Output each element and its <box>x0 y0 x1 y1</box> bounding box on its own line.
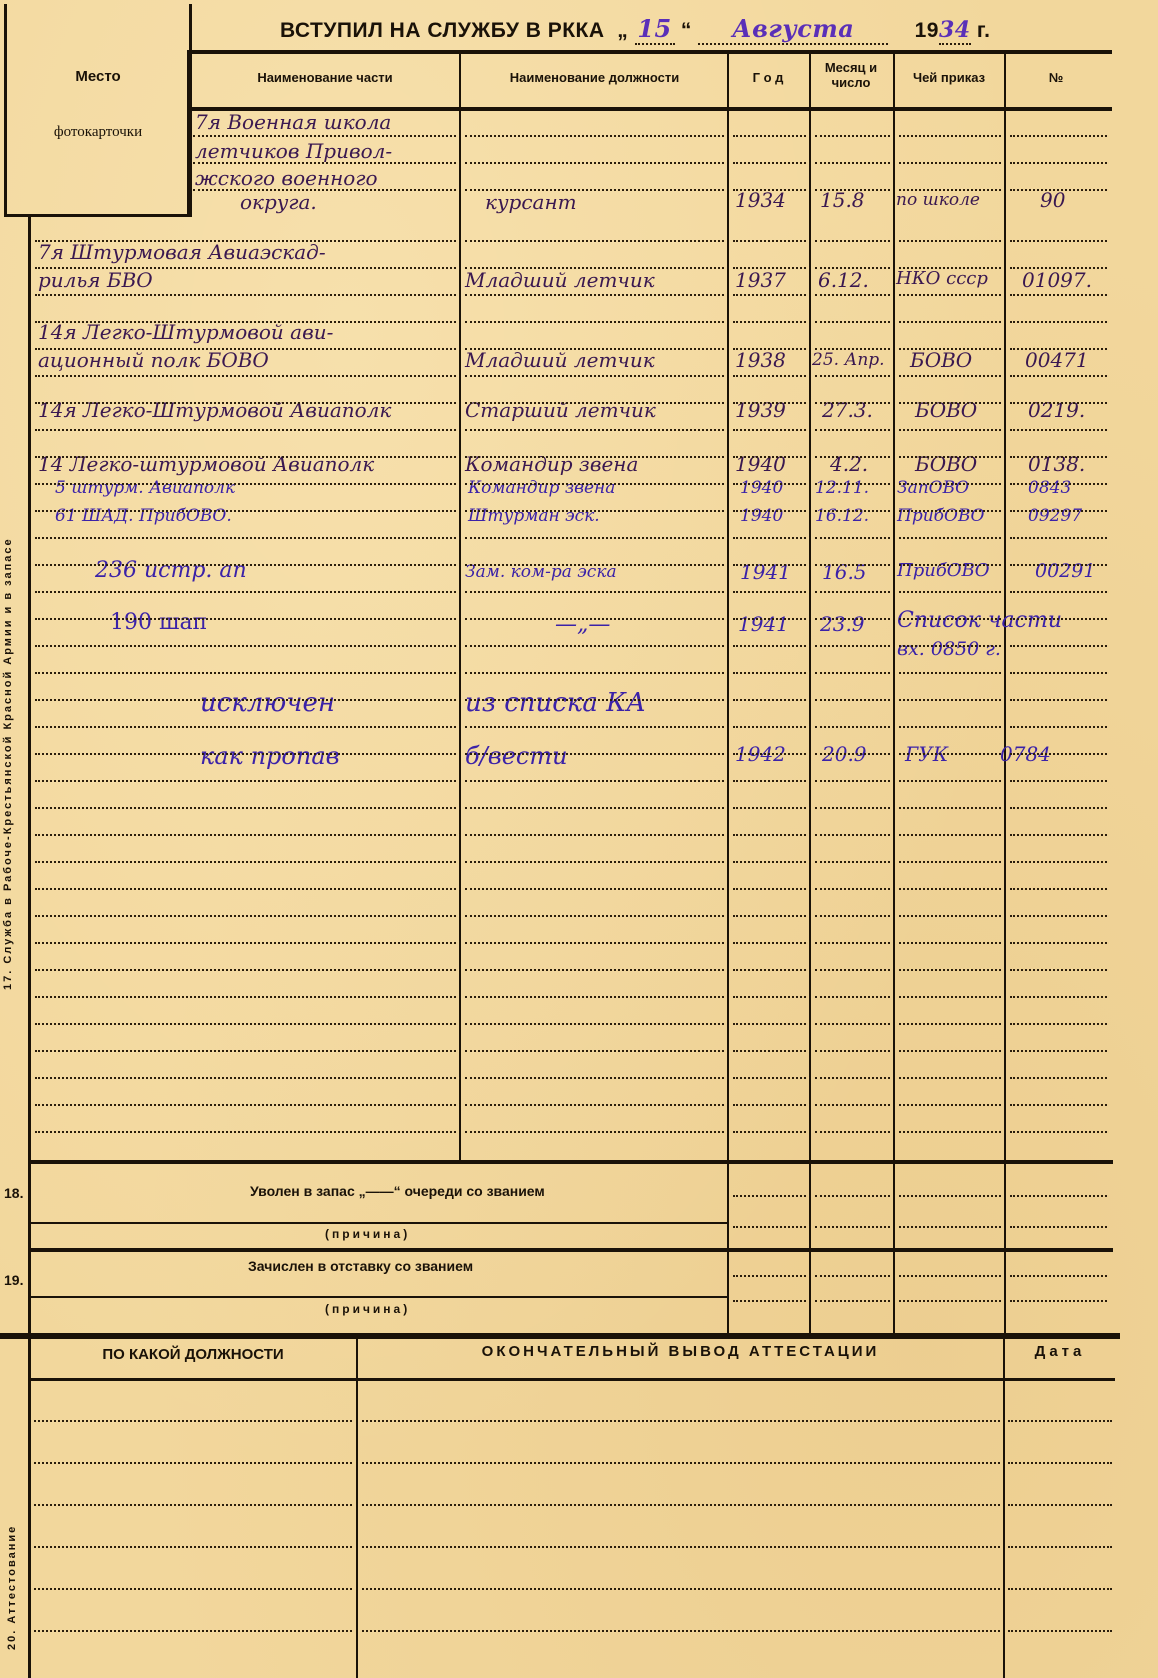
ruled-line <box>899 456 1001 458</box>
divider <box>28 1339 31 1678</box>
ruled-line <box>1010 1050 1107 1052</box>
ruled-line <box>733 564 806 566</box>
ruled-line <box>815 591 890 593</box>
ruled-line <box>899 429 1001 431</box>
divider <box>30 1222 727 1224</box>
ruled-line <box>899 780 1001 782</box>
ruled-line <box>1010 888 1107 890</box>
ruled-line <box>899 915 1001 917</box>
entry-unit: 5 штурм. Авиаполк <box>55 478 235 498</box>
entry-position: Командир звена <box>468 478 615 498</box>
ruled-line <box>899 1226 1001 1228</box>
ruled-line <box>465 996 724 998</box>
ruled-line <box>465 834 724 836</box>
ruled-line <box>733 1077 806 1079</box>
entry-date: 15.8 <box>820 188 865 212</box>
ruled-line <box>34 1504 352 1506</box>
ruled-line <box>733 942 806 944</box>
section-20-label: 20. Аттестование <box>6 1525 18 1650</box>
ruled-line <box>733 1104 806 1106</box>
ruled-line <box>899 1195 1001 1197</box>
ruled-line <box>815 861 890 863</box>
ruled-line <box>733 189 806 191</box>
col-header-attest-conclusion: ОКОНЧАТЕЛЬНЫЙ ВЫВОД АТТЕСТАЦИИ <box>358 1343 1003 1360</box>
ruled-line <box>899 1077 1001 1079</box>
ruled-line <box>1010 699 1107 701</box>
ruled-line <box>733 888 806 890</box>
ruled-line <box>815 1023 890 1025</box>
ruled-line <box>733 1131 806 1133</box>
ruled-line <box>815 402 890 404</box>
ruled-line <box>193 189 456 191</box>
ruled-line <box>465 915 724 917</box>
ruled-line <box>733 996 806 998</box>
ruled-line <box>899 996 1001 998</box>
entry-unit: 14я Легко-Штурмовой ави- <box>38 320 333 344</box>
ruled-line <box>815 189 890 191</box>
ruled-line <box>35 429 456 431</box>
col-header-attest-date: Дата <box>1005 1343 1115 1360</box>
ruled-line <box>1010 1077 1107 1079</box>
ruled-line <box>35 267 456 269</box>
ruled-line <box>815 672 890 674</box>
ruled-line <box>35 456 456 458</box>
ruled-line <box>899 1300 1001 1302</box>
ruled-line <box>899 1023 1001 1025</box>
ruled-line <box>35 1131 456 1133</box>
ruled-line <box>733 375 806 377</box>
ruled-line <box>465 483 724 485</box>
entry-order: БОВО <box>910 348 972 372</box>
divider <box>30 1378 1115 1381</box>
ruled-line <box>899 618 1001 620</box>
ruled-line <box>1010 1300 1107 1302</box>
ruled-line <box>465 1023 724 1025</box>
ruled-line <box>35 294 456 296</box>
col-header-year: Г о д <box>728 70 808 85</box>
ruled-line <box>815 996 890 998</box>
ruled-line <box>815 294 890 296</box>
ruled-line <box>733 969 806 971</box>
ruled-line <box>465 780 724 782</box>
ruled-line <box>899 375 1001 377</box>
ruled-line <box>465 645 724 647</box>
enlist-year-suffix: 34 <box>939 17 971 45</box>
ruled-line <box>1010 915 1107 917</box>
entry-order: ЗапОВО <box>897 478 969 498</box>
ruled-line <box>899 1050 1001 1052</box>
entry-note: б/вести <box>465 742 568 770</box>
ruled-line <box>733 780 806 782</box>
ruled-line <box>733 861 806 863</box>
ruled-line <box>1008 1546 1112 1548</box>
ruled-line <box>899 726 1001 728</box>
ruled-line <box>1010 618 1107 620</box>
ruled-line <box>465 456 724 458</box>
ruled-line <box>465 1050 724 1052</box>
ruled-line <box>35 240 456 242</box>
ruled-line <box>899 861 1001 863</box>
ruled-line <box>815 375 890 377</box>
entry-unit: жского военного <box>195 166 377 190</box>
divider <box>0 1333 1120 1339</box>
divider <box>893 50 895 1335</box>
ruled-line <box>35 537 456 539</box>
ruled-line <box>1008 1462 1112 1464</box>
ruled-line <box>465 591 724 593</box>
ruled-line <box>815 915 890 917</box>
divider <box>30 1296 727 1298</box>
ruled-line <box>35 996 456 998</box>
ruled-line <box>1010 1275 1107 1277</box>
ruled-line <box>815 135 890 137</box>
ruled-line <box>465 375 724 377</box>
ruled-line <box>1010 294 1107 296</box>
ruled-line <box>362 1504 1000 1506</box>
service-record-page: ВСТУПИЛ НА СЛУЖБУ В РККА „ 15 “ Августа … <box>0 0 1158 1678</box>
entry-number: 09297 <box>1028 506 1082 526</box>
ruled-line <box>1010 510 1107 512</box>
title-text: ВСТУПИЛ НА СЛУЖБУ В РККА <box>280 19 605 42</box>
ruled-line <box>815 753 890 755</box>
page-title: ВСТУПИЛ НА СЛУЖБУ В РККА „ 15 “ Августа … <box>280 14 990 45</box>
ruled-line <box>1010 942 1107 944</box>
enlist-month: Августа <box>698 14 888 45</box>
entry-number: 90 <box>1040 188 1065 212</box>
ruled-line <box>35 969 456 971</box>
ruled-line <box>1008 1504 1112 1506</box>
ruled-line <box>815 1275 890 1277</box>
ruled-line <box>733 645 806 647</box>
ruled-line <box>899 537 1001 539</box>
ruled-line <box>733 1300 806 1302</box>
divider <box>187 50 1112 54</box>
photo-label-top: Место <box>7 68 189 85</box>
ruled-line <box>34 1546 352 1548</box>
year-unit: г. <box>977 19 990 42</box>
entry-unit: 7я Военная школа <box>195 110 391 134</box>
ruled-line <box>1010 456 1107 458</box>
ruled-line <box>899 321 1001 323</box>
ruled-line <box>35 1050 456 1052</box>
ruled-line <box>899 483 1001 485</box>
ruled-line <box>1010 672 1107 674</box>
ruled-line <box>1010 996 1107 998</box>
entry-unit: 190 шап <box>110 610 207 635</box>
entry-order: по школе <box>896 190 980 210</box>
ruled-line <box>1010 375 1107 377</box>
ruled-line <box>362 1462 1000 1464</box>
ruled-line <box>899 1275 1001 1277</box>
entry-date: 6.12. <box>818 268 869 292</box>
ruled-line <box>899 348 1001 350</box>
ruled-line <box>815 834 890 836</box>
ruled-line <box>465 969 724 971</box>
divider <box>187 50 189 214</box>
ruled-line <box>899 888 1001 890</box>
ruled-line <box>1010 1104 1107 1106</box>
ruled-line <box>465 321 724 323</box>
ruled-line <box>362 1546 1000 1548</box>
ruled-line <box>465 888 724 890</box>
ruled-line <box>899 834 1001 836</box>
enlist-day: 15 <box>635 14 675 45</box>
ruled-line <box>1010 429 1107 431</box>
ruled-line <box>1010 321 1107 323</box>
ruled-line <box>899 807 1001 809</box>
section-19-number: 19. <box>4 1272 23 1288</box>
ruled-line <box>733 1275 806 1277</box>
ruled-line <box>1010 1226 1107 1228</box>
ruled-line <box>465 240 724 242</box>
ruled-line <box>815 348 890 350</box>
ruled-line <box>1010 807 1107 809</box>
entry-date: 25. Апр. <box>812 350 885 370</box>
entry-date: 23.9 <box>820 612 865 636</box>
ruled-line <box>35 888 456 890</box>
ruled-line <box>1010 861 1107 863</box>
section-19-text: Зачислен в отставку со званием <box>248 1258 473 1274</box>
entry-year: 1937 <box>735 268 786 292</box>
ruled-line <box>362 1630 1000 1632</box>
ruled-line <box>35 942 456 944</box>
ruled-line <box>733 483 806 485</box>
ruled-line <box>1010 1131 1107 1133</box>
ruled-line <box>733 162 806 164</box>
entry-date: 16.12. <box>815 506 869 526</box>
ruled-line <box>35 510 456 512</box>
ruled-line <box>899 942 1001 944</box>
ruled-line <box>1010 402 1107 404</box>
ruled-line <box>193 162 456 164</box>
ruled-line <box>465 1077 724 1079</box>
ruled-line <box>733 672 806 674</box>
ruled-line <box>815 888 890 890</box>
section-18-caption: (причина) <box>325 1227 410 1241</box>
ruled-line <box>35 564 456 566</box>
ruled-line <box>733 348 806 350</box>
col-header-date: Месяц и число <box>810 60 892 90</box>
entry-date: 12.11. <box>815 478 869 498</box>
ruled-line <box>465 672 724 674</box>
entry-number: 01097. <box>1022 268 1092 292</box>
ruled-line <box>815 1050 890 1052</box>
ruled-line <box>899 1104 1001 1106</box>
entry-unit: рилья БВО <box>38 268 153 292</box>
ruled-line <box>815 1195 890 1197</box>
ruled-line <box>899 591 1001 593</box>
ruled-line <box>733 1023 806 1025</box>
ruled-line <box>35 915 456 917</box>
ruled-line <box>35 807 456 809</box>
ruled-line <box>733 1226 806 1228</box>
divider <box>1004 50 1006 1335</box>
ruled-line <box>465 135 724 137</box>
ruled-line <box>1010 483 1107 485</box>
entry-unit: 236 истр. ап <box>95 558 247 583</box>
ruled-line <box>35 1023 456 1025</box>
ruled-line <box>899 564 1001 566</box>
ruled-line <box>1010 753 1107 755</box>
entry-unit: 61 ШАД. ПрибОВО. <box>55 506 232 526</box>
ruled-line <box>899 267 1001 269</box>
ruled-line <box>815 645 890 647</box>
ruled-line <box>815 726 890 728</box>
ruled-line <box>899 672 1001 674</box>
ruled-line <box>1010 135 1107 137</box>
ruled-line <box>465 1131 724 1133</box>
ruled-line <box>1010 726 1107 728</box>
ruled-line <box>733 537 806 539</box>
divider <box>1003 1339 1005 1678</box>
ruled-line <box>733 294 806 296</box>
divider <box>356 1339 358 1678</box>
ruled-line <box>815 942 890 944</box>
ruled-line <box>733 321 806 323</box>
ruled-line <box>1010 780 1107 782</box>
divider <box>727 50 729 1335</box>
entry-year: 1938 <box>735 348 786 372</box>
ruled-line <box>899 753 1001 755</box>
ruled-line <box>899 699 1001 701</box>
ruled-line <box>35 726 456 728</box>
ruled-line <box>465 537 724 539</box>
photo-placeholder: Место фотокарточки <box>4 4 192 217</box>
ruled-line <box>815 1104 890 1106</box>
ruled-line <box>35 753 456 755</box>
ruled-line <box>815 510 890 512</box>
ruled-line <box>1010 1195 1107 1197</box>
divider <box>809 50 811 1335</box>
ruled-line <box>35 591 456 593</box>
divider <box>28 1160 1113 1164</box>
entry-order: Список части <box>897 608 1062 633</box>
ruled-line <box>1010 267 1107 269</box>
ruled-line <box>34 1588 352 1590</box>
ruled-line <box>35 375 456 377</box>
ruled-line <box>815 240 890 242</box>
col-header-unit: Наименование части <box>190 70 460 85</box>
ruled-line <box>362 1420 1000 1422</box>
ruled-line <box>815 321 890 323</box>
ruled-line <box>35 348 456 350</box>
ruled-line <box>465 294 724 296</box>
ruled-line <box>465 618 724 620</box>
ruled-line <box>733 135 806 137</box>
ruled-line <box>34 1462 352 1464</box>
ruled-line <box>35 321 456 323</box>
ruled-line <box>733 456 806 458</box>
ruled-line <box>1008 1588 1112 1590</box>
entry-unit: округа. <box>240 190 317 214</box>
ruled-line <box>899 1131 1001 1133</box>
ruled-line <box>1010 564 1107 566</box>
ruled-line <box>733 726 806 728</box>
ruled-line <box>465 189 724 191</box>
photo-label-bottom: фотокарточки <box>7 124 189 141</box>
col-header-position: Наименование должности <box>462 70 727 85</box>
ruled-line <box>733 753 806 755</box>
ruled-line <box>1010 537 1107 539</box>
ruled-line <box>815 456 890 458</box>
ruled-line <box>899 240 1001 242</box>
ruled-line <box>1010 834 1107 836</box>
ruled-line <box>1010 240 1107 242</box>
ruled-line <box>35 672 456 674</box>
ruled-line <box>733 618 806 620</box>
ruled-line <box>733 240 806 242</box>
ruled-line <box>815 267 890 269</box>
entry-note: исключен <box>200 688 335 718</box>
divider <box>28 214 31 1334</box>
entry-number: 00471 <box>1025 348 1089 372</box>
ruled-line <box>815 1131 890 1133</box>
ruled-line <box>733 267 806 269</box>
entry-order: ПрибОВО <box>897 506 984 526</box>
ruled-line <box>465 402 724 404</box>
col-header-order: Чей приказ <box>894 70 1004 85</box>
ruled-line <box>899 969 1001 971</box>
ruled-line <box>899 189 1001 191</box>
year-prefix: 19 <box>915 19 939 42</box>
entry-position: Штурман эск. <box>468 506 600 526</box>
ruled-line <box>899 294 1001 296</box>
ruled-line <box>899 162 1001 164</box>
ruled-line <box>815 699 890 701</box>
ruled-line <box>35 1077 456 1079</box>
entry-order: НКО ссср <box>896 268 988 289</box>
entry-number: 0843 <box>1028 478 1071 498</box>
ruled-line <box>34 1630 352 1632</box>
section-18-number: 18. <box>4 1185 23 1201</box>
entry-note: как пропав <box>200 742 340 770</box>
entry-year: 1934 <box>735 188 786 212</box>
ruled-line <box>733 699 806 701</box>
ruled-line <box>733 429 806 431</box>
ruled-line <box>733 1050 806 1052</box>
ruled-line <box>465 348 724 350</box>
ruled-line <box>465 1104 724 1106</box>
ruled-line <box>815 807 890 809</box>
ruled-line <box>465 564 724 566</box>
entry-position: —„— <box>555 612 610 637</box>
ruled-line <box>815 537 890 539</box>
col-header-attest-position: ПО КАКОЙ ДОЛЖНОСТИ <box>30 1346 356 1363</box>
ruled-line <box>815 1226 890 1228</box>
ruled-line <box>733 807 806 809</box>
ruled-line <box>35 1104 456 1106</box>
ruled-line <box>35 834 456 836</box>
ruled-line <box>899 510 1001 512</box>
ruled-line <box>815 429 890 431</box>
ruled-line <box>465 726 724 728</box>
ruled-line <box>35 402 456 404</box>
section-17-label: 17. Служба в Рабоче-Крестьянской Красной… <box>2 537 14 990</box>
ruled-line <box>733 915 806 917</box>
ruled-line <box>733 834 806 836</box>
ruled-line <box>815 1300 890 1302</box>
ruled-line <box>815 780 890 782</box>
ruled-line <box>1010 1023 1107 1025</box>
entry-unit: ационный полк БОВО <box>38 348 269 372</box>
ruled-line <box>815 618 890 620</box>
entry-year: 1940 <box>740 478 783 498</box>
ruled-line <box>35 861 456 863</box>
ruled-line <box>35 483 456 485</box>
ruled-line <box>733 1195 806 1197</box>
col-header-number: № <box>1006 70 1106 85</box>
ruled-line <box>1010 645 1107 647</box>
